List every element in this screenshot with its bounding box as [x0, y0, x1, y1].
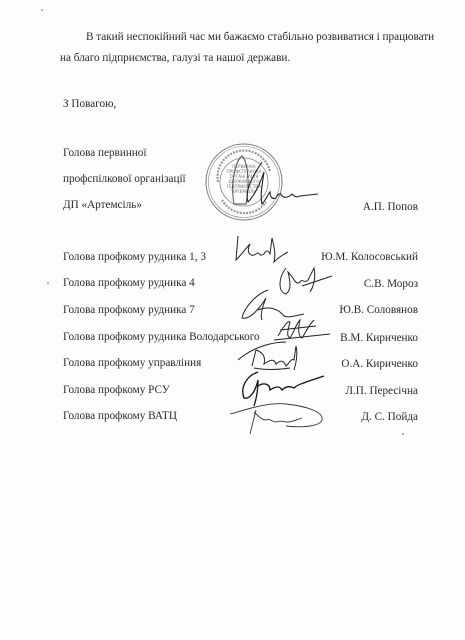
signatory-title: Голова профкому рудника Володарського	[63, 331, 260, 344]
signatory-name: Л.П. Пересічна	[345, 385, 418, 398]
scan-speck	[41, 9, 43, 11]
scanned-document-page: В такий неспокійний час ми бажаємо стабі…	[0, 0, 465, 640]
primary-signatory-name: А.П. Попов	[363, 201, 418, 214]
closing-salutation: З Повагою,	[63, 98, 116, 111]
paragraph-line-2: на благо підприємства, галузі та нашої д…	[60, 52, 290, 65]
signatory-name: О.А. Кириченко	[341, 358, 418, 371]
signatory-title: Голова профкому рудника 1, 3	[63, 251, 206, 264]
primary-title-line-2: профспілкової організації	[63, 173, 186, 186]
signatory-title: Голова профкому рудника 4	[63, 277, 195, 290]
signatory-name: С.В. Мороз	[364, 278, 418, 291]
signatory-title: Голова профкому РСУ	[63, 384, 170, 397]
scan-speck	[402, 433, 404, 435]
signature-7	[226, 396, 326, 438]
signatory-title: Голова профкому управління	[63, 357, 201, 370]
signatory-title: Голова профкому ВАТЦ	[63, 410, 177, 423]
primary-title-line-1: Голова первинної	[63, 147, 147, 160]
signatory-name: В.М. Кириченко	[340, 332, 418, 345]
signatory-name: Д. С. Пойда	[361, 411, 418, 424]
scan-speck	[47, 282, 49, 284]
paragraph-line-1: В такий неспокійний час ми бажаємо стабі…	[86, 31, 434, 44]
primary-title-line-3: ДП «Артемсіль»	[63, 199, 142, 212]
signatory-title: Голова профкому рудника 7	[63, 304, 195, 317]
signature-primary	[240, 160, 320, 210]
signatory-name: Ю.В. Соловянов	[339, 304, 418, 317]
